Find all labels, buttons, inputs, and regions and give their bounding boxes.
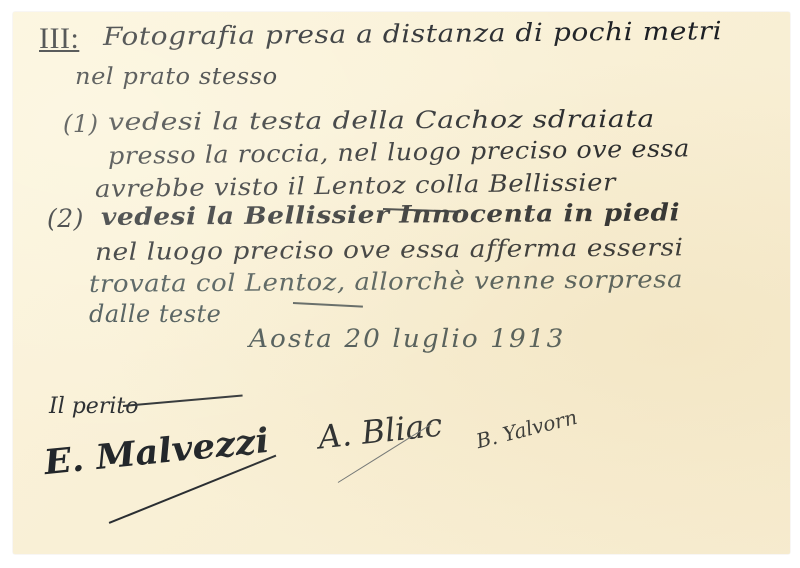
underline-lentoz-2 <box>293 302 363 307</box>
signature-1: E. Malvezzi <box>42 421 271 483</box>
heading-line-2: nel prato stesso <box>75 64 278 90</box>
item-1-line-1: vedesi la testa della Cachoz sdraiata <box>108 105 655 136</box>
signature-2: A. Bliac <box>316 406 444 457</box>
place-date: Aosta 20 luglio 1913 <box>249 324 565 353</box>
item-2-marker: (2) <box>47 204 84 233</box>
heading-line-1: Fotografia presa a distanza di pochi met… <box>103 16 722 51</box>
item-2-line-2: nel luogo preciso ove essa afferma esser… <box>95 233 684 266</box>
section-numeral: III: <box>39 22 79 56</box>
item-2-line-3: trovata col Lentoz, allorchè venne sorpr… <box>89 265 683 298</box>
item-1-line-2: presso la roccia, nel luogo preciso ove … <box>108 134 690 170</box>
witness-label: Il perito <box>49 394 138 419</box>
item-2-line-4: dalle teste <box>89 300 221 328</box>
item-2-line-1: vedesi la Bellissier Innocenta in piedi <box>101 197 680 231</box>
signature-3: B. Yalvorn <box>474 405 580 453</box>
witness-label-flourish <box>123 395 243 407</box>
item-1-marker: (1) <box>63 110 99 138</box>
document-card: III: Fotografia presa a distanza di poch… <box>13 12 790 554</box>
